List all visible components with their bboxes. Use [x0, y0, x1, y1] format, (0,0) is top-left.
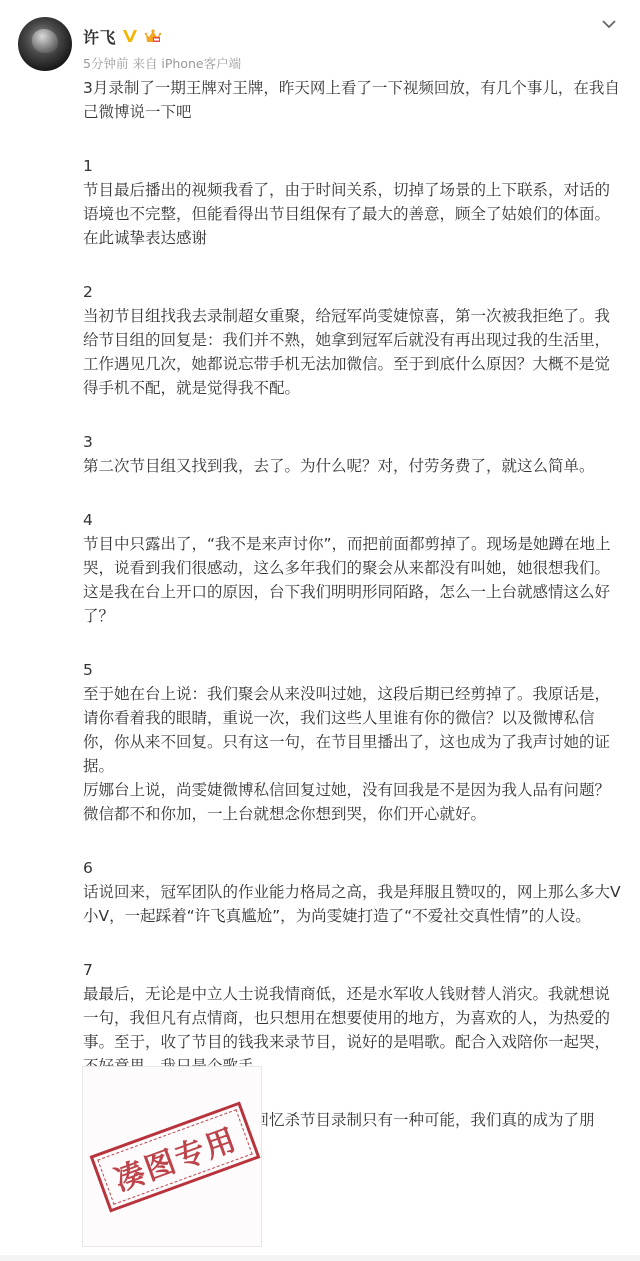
avatar-image	[32, 29, 58, 53]
section-text: 节目中只露出了，“我不是来声讨你”，而把前面都剪掉了。现场是她蹲在地上哭，说看到…	[83, 532, 623, 628]
weibo-post: 许飞 5分钟前来自 iPhone客户端 3月录制了一期王牌对王牌，昨天网上看了一…	[0, 0, 640, 1261]
section-text: 第二次节目组又找到我，去了。为什么呢？对，付劳务费了，就这么简单。	[83, 454, 623, 478]
verified-v-icon	[122, 28, 138, 44]
chevron-down-icon	[600, 16, 618, 32]
post-image[interactable]: 凑图专用	[82, 1066, 262, 1247]
section-text-continued: 厉娜台上说，尚雯婕微博私信回复过她，没有回我是不是因为我人品有问题？微信都不和你…	[83, 778, 623, 826]
author-name[interactable]: 许飞	[83, 25, 116, 48]
avatar[interactable]	[18, 17, 72, 71]
post-content: 3月录制了一期王牌对王牌，昨天网上看了一下视频回放，有几个事儿，在我自己微博说一…	[83, 76, 623, 1156]
section-text: 当初节目组找我去录制超女重聚，给冠军尚雯婕惊喜，第一次被我拒绝了。我给节目组的回…	[83, 304, 623, 400]
stamp-graphic: 凑图专用	[90, 1101, 261, 1212]
stamp-text: 凑图专用	[107, 1114, 242, 1199]
section-text: 最最后，无论是中立人士说我情商低，还是水军收人钱财替人消灾。我就想说一句，我但凡…	[83, 982, 623, 1078]
section-text: 话说回来，冠军团队的作业能力格局之高，我是拜服且赞叹的，网上那么多大V小V，一起…	[83, 880, 623, 928]
section-number: 7	[83, 958, 623, 982]
section-number: 5	[83, 658, 623, 682]
intro-text: 3月录制了一期王牌对王牌，昨天网上看了一下视频回放，有几个事儿，在我自己微博说一…	[83, 76, 623, 124]
section-number: 6	[83, 856, 623, 880]
section-number: 1	[83, 154, 623, 178]
post-source: 来自 iPhone客户端	[132, 56, 241, 71]
section-number: 2	[83, 280, 623, 304]
member-crown-icon[interactable]	[144, 28, 162, 44]
post-time: 5分钟前	[83, 56, 128, 71]
section-text: 节目最后播出的视频我看了，由于时间关系，切掉了场景的上下联系，对话的语境也不完整…	[83, 178, 623, 250]
section-number: 3	[83, 430, 623, 454]
post-meta: 5分钟前来自 iPhone客户端	[83, 54, 241, 72]
bottom-divider	[0, 1255, 640, 1261]
post-menu-button[interactable]	[600, 16, 618, 32]
section-number: 4	[83, 508, 623, 532]
author-row: 许飞	[83, 25, 162, 47]
section-text: 至于她在台上说：我们聚会从来没叫过她，这段后期已经剪掉了。我原话是，请你看着我的…	[83, 682, 623, 778]
